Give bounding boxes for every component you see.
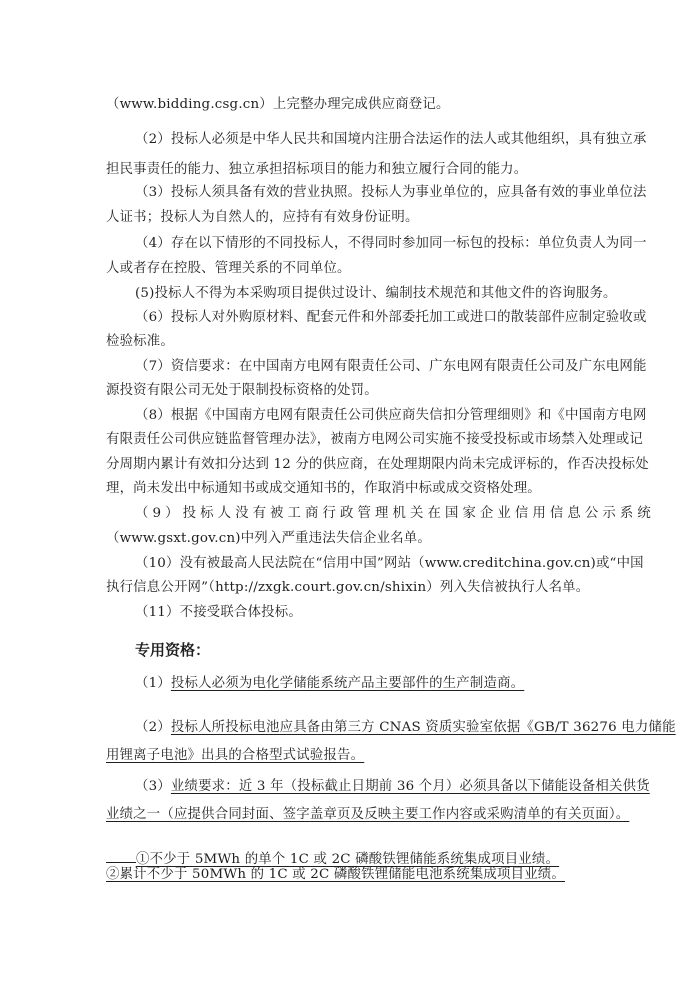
special-item3-prefix: （3） [135,779,171,794]
special-item3-text-line1: 业绩要求：近 3 年（投标截止日期前 36 个月）必须具备以下储能设备相关供货 [171,779,650,794]
item2-line2: 担民事责任的能力、独立承担招标项目的能力和独立履行合同的能力。 [106,161,527,179]
underline-spacer [106,848,136,863]
special-item2-text-line1: 投标人所投标电池应具备由第三方 CNAS 资质实验室依据《GB/T 36276 … [171,720,676,735]
item8-line2: 有限责任公司供应链监督管理办法》，被南方电网公司实施不接受投标或市场禁入处理或记 [106,431,643,449]
item7-line1: （7）资信要求：在中国南方电网有限责任公司、广东电网有限责任公司及广东电网能 [135,358,647,376]
special-item3-line2: 业绩之一（应提供合同封面、签字盖章页及反映主要工作内容或采购清单的有关页面）。 [106,806,629,824]
special-item2-line1: （2）投标人所投标电池应具备由第三方 CNAS 资质实验室依据《GB/T 362… [135,719,676,737]
special-item1-prefix: （1） [135,676,171,691]
special-qualifications-heading: 专用资格： [135,640,210,660]
performance-option1-text: ①不少于 5MWh 的单个 1C 或 2C 磷酸铁锂储能系统集成项目业绩。 [136,852,559,867]
item3-line2: 人证书；投标人为自然人的，应持有有效身份证明。 [106,209,419,227]
special-item1-text: 投标人必须为电化学储能系统产品主要部件的生产制造商。 [171,676,524,691]
special-item2-line2: 用锂离子电池》出具的合格型式试验报告。 [106,747,364,765]
item9-line2: （www.gsxt.gov.cn)中列入严重违法失信企业名单。 [106,530,431,548]
item8-line3: 分周期内累计有效扣分达到 12 分的供应商，在处理期限内尚未完成评标的，作否决投… [106,456,649,474]
item6-line2: 检验标准。 [106,333,174,351]
item4-line1: （4）存在以下情形的不同投标人，不得同时参加同一标包的投标：单位负责人为同一 [135,235,647,253]
item8-line1: （8）根据《中国南方电网有限责任公司供应商失信扣分管理细则》和《中国南方电网 [135,407,647,425]
item7-line2: 源投资有限公司无处于限制投标资格的处罚。 [106,382,378,400]
item2-line1: （2）投标人必须是中华人民共和国境内注册合法运作的法人或其他组织，具有独立承 [135,131,647,149]
item10-line2: 执行信息公开网”（http://zxgk.court.gov.cn/shixin… [106,579,589,597]
item1-continuation: （www.bidding.csg.cn）上完整办理完成供应商登记。 [106,96,450,114]
item6-line1: （6）投标人对外购原材料、配套元件和外部委托加工或进口的散装部件应制定验收或 [135,309,647,327]
item11-line1: （11）不接受联合体投标。 [135,604,302,622]
item9-line1: （9）投标人没有被工商行政管理机关在国家企业信用信息公示系统 [135,505,655,523]
special-item2-prefix: （2） [135,720,171,735]
special-item1: （1）投标人必须为电化学储能系统产品主要部件的生产制造商。 [135,675,524,693]
item5-line1: (5)投标人不得为本采购项目提供过设计、编制技术规范和其他文件的咨询服务。 [135,285,617,303]
item4-line2: 人或者存在控股、管理关系的不同单位。 [106,260,351,278]
item3-line1: （3）投标人须具备有效的营业执照。投标人为事业单位的，应具备有效的事业单位法 [135,184,647,202]
item8-line4: 理，尚未发出中标通知书或成交通知书的，作取消中标或成交资格处理。 [106,480,541,498]
special-item3-line1: （3）业绩要求：近 3 年（投标截止日期前 36 个月）必须具备以下储能设备相关… [135,778,650,796]
item10-line1: （10）没有被最高人民法院在“信用中国”网站（www.creditchina.g… [135,555,644,573]
performance-option2: ②累计不少于 50MWh 的 1C 或 2C 磷酸铁锂储能电池系统集成项目业绩。 [106,866,565,884]
document-page: （www.bidding.csg.cn）上完整办理完成供应商登记。 （2）投标人… [0,0,700,989]
